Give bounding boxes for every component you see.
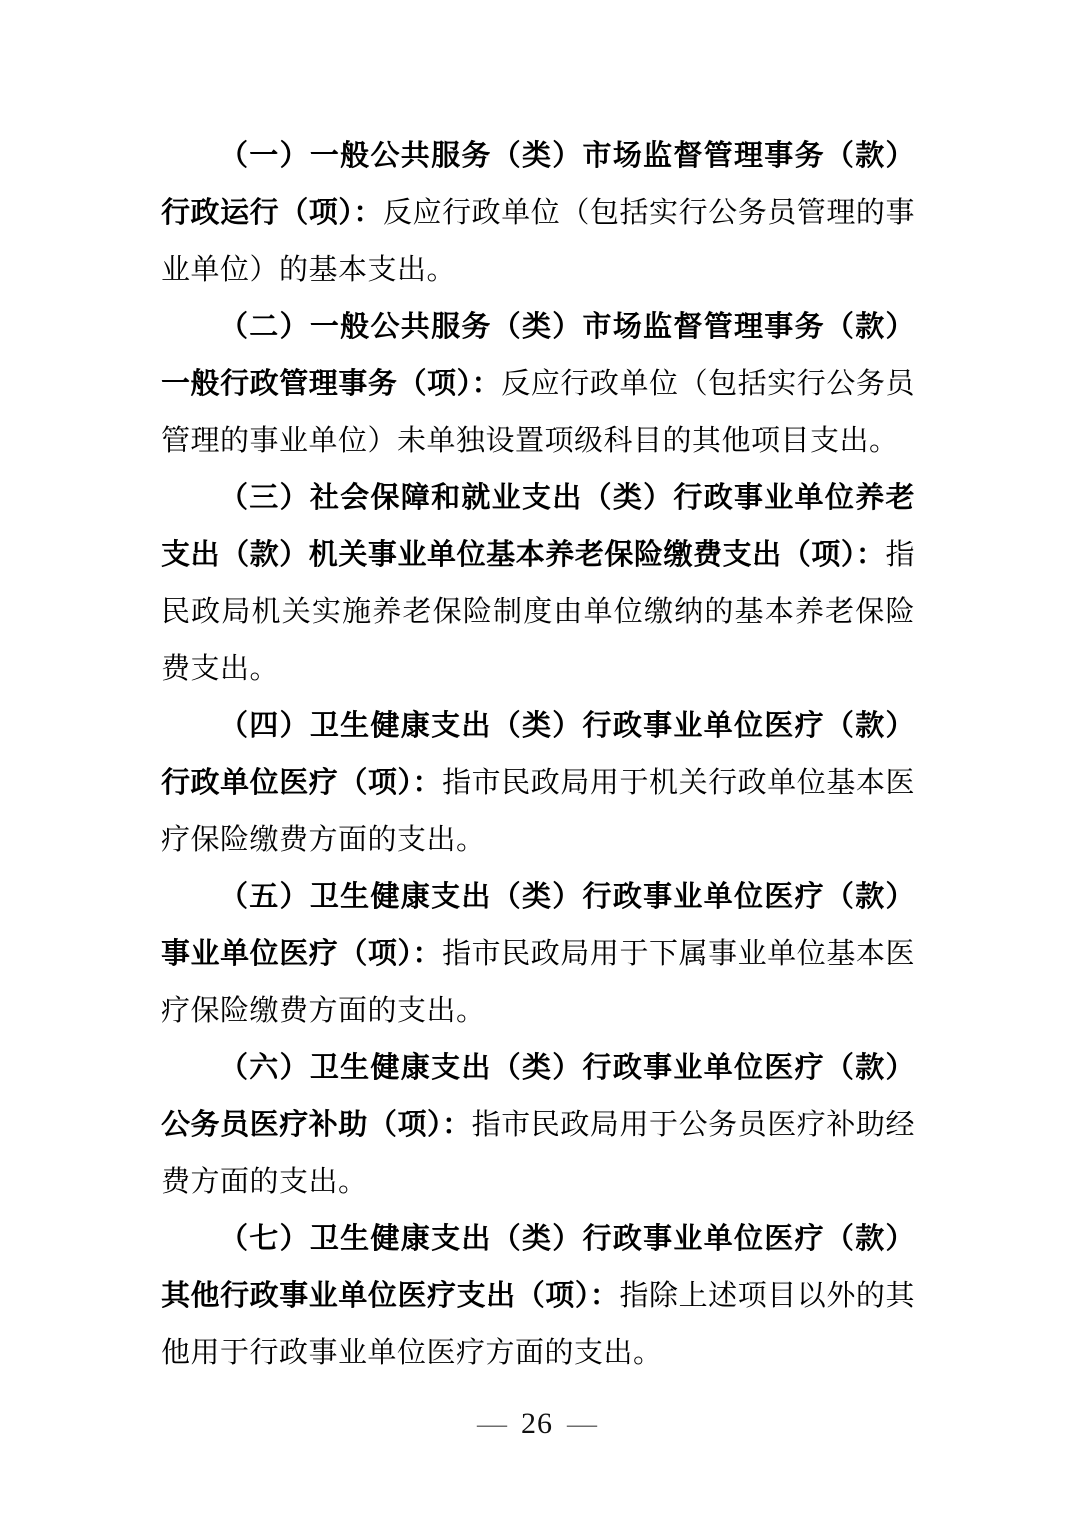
document-page: （一）一般公共服务（类）市场监督管理事务（款）行政运行（项）：反应行政单位（包括…	[0, 0, 1074, 1520]
paragraph: （四）卫生健康支出（类）行政事业单位医疗（款）行政单位医疗（项）：指市民政局用于…	[161, 698, 915, 869]
paragraph: （二）一般公共服务（类）市场监督管理事务（款）一般行政管理事务（项）：反应行政单…	[161, 299, 915, 470]
footer-right-dash: —	[553, 1407, 611, 1440]
page-number: 26	[521, 1407, 553, 1440]
paragraph: （五）卫生健康支出（类）行政事业单位医疗（款）事业单位医疗（项）：指市民政局用于…	[161, 869, 915, 1040]
footer-left-dash: —	[463, 1407, 521, 1440]
paragraph: （六）卫生健康支出（类）行政事业单位医疗（款）公务员医疗补助（项）：指市民政局用…	[161, 1040, 915, 1211]
paragraph: （七）卫生健康支出（类）行政事业单位医疗（款）其他行政事业单位医疗支出（项）：指…	[161, 1211, 915, 1382]
document-body: （一）一般公共服务（类）市场监督管理事务（款）行政运行（项）：反应行政单位（包括…	[161, 128, 915, 1382]
paragraph: （三）社会保障和就业支出（类）行政事业单位养老支出（款）机关事业单位基本养老保险…	[161, 470, 915, 698]
page-footer: —26—	[0, 1404, 1074, 1444]
paragraph-heading: （三）社会保障和就业支出（类）行政事业单位养老支出（款）机关事业单位基本养老保险…	[161, 482, 915, 571]
paragraph: （一）一般公共服务（类）市场监督管理事务（款）行政运行（项）：反应行政单位（包括…	[161, 128, 915, 299]
